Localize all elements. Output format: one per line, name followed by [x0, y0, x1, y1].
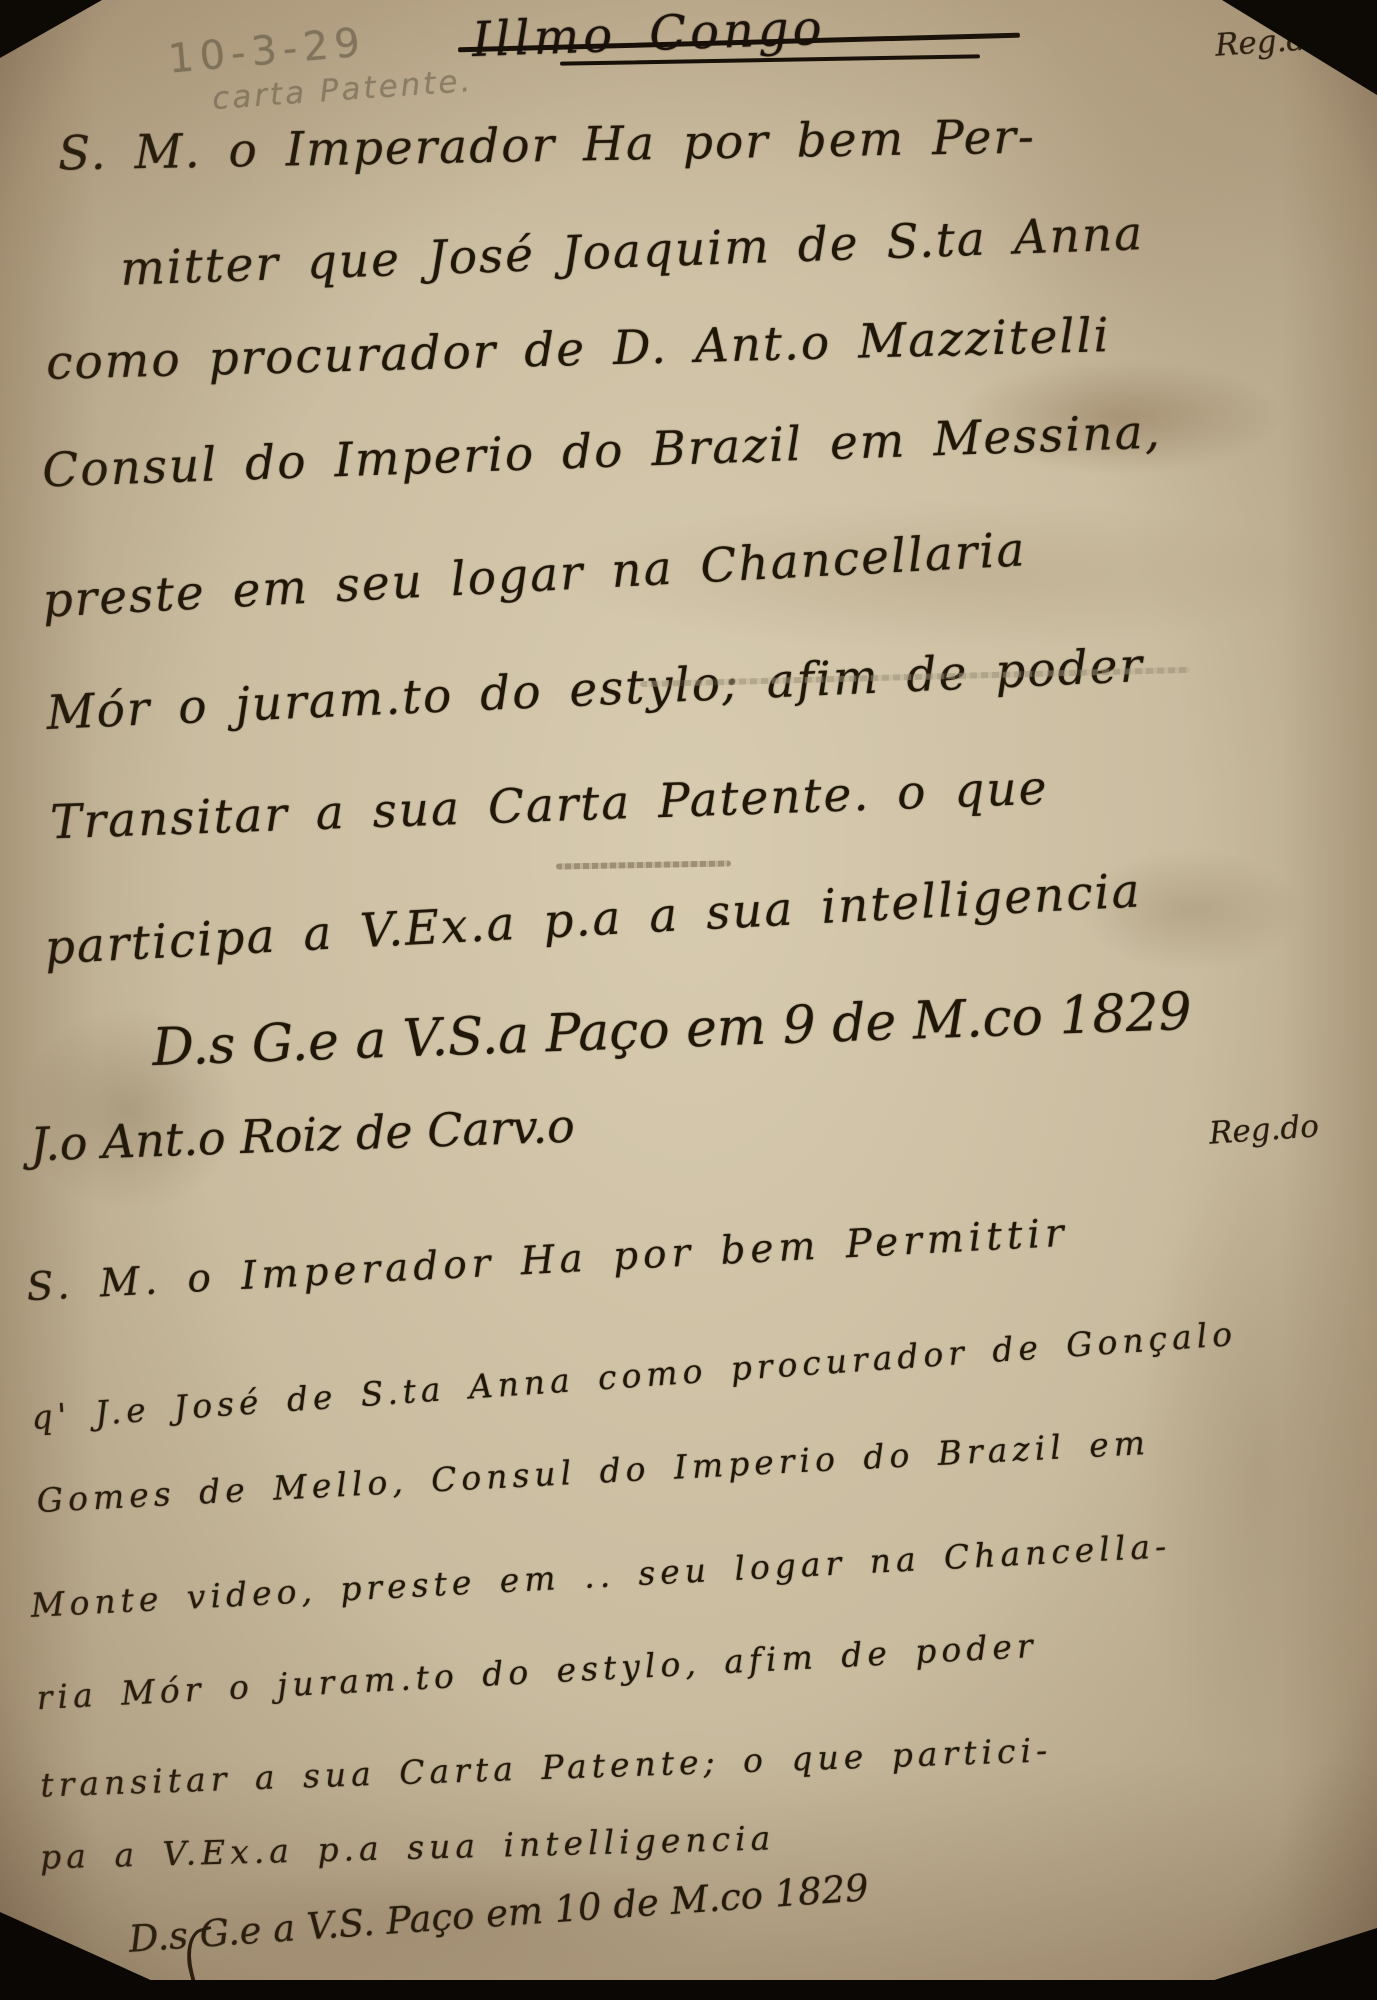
manuscript-line: ria Mór o juram.to do estylo, afim de po…: [36, 1626, 1039, 1717]
registered-mark-top: Reg.do: [1214, 20, 1326, 64]
manuscript-line: Mór o juram.to do estylo; afim de poder: [45, 638, 1145, 741]
manuscript-line: q' J.e José de S.ta Anna como procurador…: [30, 1314, 1238, 1437]
signature-entry1: J.o Ant.o Roiz de Carv.o: [29, 1099, 575, 1172]
paper-stain: [817, 0, 1377, 552]
page-corner-bottom-right: [1152, 1928, 1377, 2000]
pencil-underline: [556, 860, 731, 869]
manuscript-line: Monte video, preste em .. seu logar na C…: [30, 1526, 1172, 1625]
page-corner-top-left: [0, 0, 102, 58]
manuscript-line: participa a V.Ex.a p.a a sua intelligenc…: [43, 863, 1143, 975]
struck-heading: Illmo Congo: [471, 0, 826, 68]
manuscript-line: Consul do Imperio do Brazil em Messina,: [41, 404, 1162, 498]
manuscript-line: preste em seu logar na Chancellaria: [41, 522, 1027, 628]
manuscript-page: Illmo Congo Reg.do 10-3-29 carta Patente…: [0, 0, 1377, 2000]
manuscript-line: Gomes de Mello, Consul do Imperio do Bra…: [36, 1423, 1151, 1520]
dateline-entry1: D.s G.e a V.S.a Paço em 9 de M.co 1829: [151, 982, 1192, 1078]
manuscript-line: transitar a sua Carta Patente; o que par…: [40, 1730, 1053, 1804]
manuscript-line: mitter que José Joaquim de S.ta Anna: [119, 206, 1145, 297]
manuscript-line: pa a V.Ex.a p.a sua intelligencia: [40, 1818, 776, 1876]
paper-stain: [1140, 1150, 1377, 1790]
dateline-entry2: D.s G.e a V.S. Paço em 10 de M.co 1829: [127, 1866, 870, 1961]
registered-mark-middle: Reg.do: [1208, 1108, 1320, 1152]
manuscript-line: S. M. o Imperador Ha por bem Permittir: [26, 1211, 1070, 1311]
manuscript-line: Transitar a sua Carta Patente. o que: [49, 761, 1049, 851]
manuscript-line: S. M. o Imperador Ha por bem Per-: [58, 109, 1037, 181]
page-edge-bottom: [0, 1980, 1377, 2000]
manuscript-line: como procurador de D. Ant.o Mazzitelli: [45, 308, 1111, 391]
